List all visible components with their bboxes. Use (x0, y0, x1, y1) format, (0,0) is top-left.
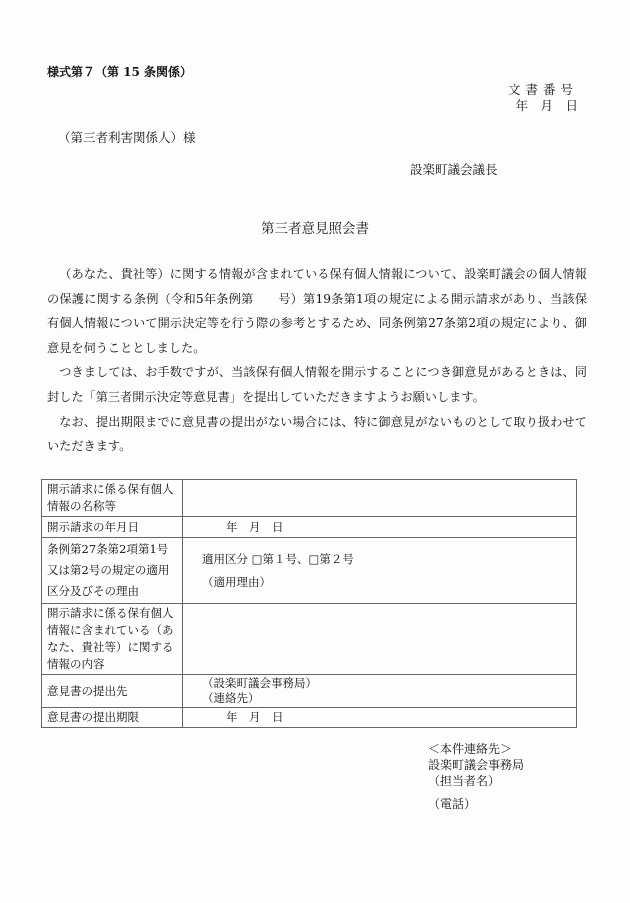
row-value (183, 604, 577, 675)
form-number: 様式第７（第 15 条関係） (47, 63, 192, 80)
paragraph: つきましては、お手数ですが、当該保有個人情報を開示することにつき御意見があるとき… (47, 360, 587, 409)
document-date-label: 年 月 日 (515, 96, 578, 114)
row-label: 意見書の提出先 (42, 675, 183, 708)
row-label: 条例第27条第2項第1号又は第2号の規定の適用区分及びその理由 (42, 538, 183, 604)
inquiry-table: 開示請求に係る保有個人情報の名称等 開示請求の年月日 年 月 日 条例第27条第… (41, 479, 577, 728)
row-value: （設楽町議会事務局） （連絡先） (183, 675, 577, 708)
sender: 設楽町議会議長 (410, 160, 498, 178)
submission-office: （設楽町議会事務局） (202, 676, 571, 691)
contact-heading: ＜本件連絡先＞ (428, 741, 524, 757)
table-row: 意見書の提出先 （設楽町議会事務局） （連絡先） (42, 675, 577, 708)
contact-block: ＜本件連絡先＞ 設楽町議会事務局 （担当者名） （電話） (428, 741, 524, 812)
table-row: 開示請求の年月日 年 月 日 (42, 517, 577, 538)
reason-label: （適用理由） (202, 572, 557, 593)
contact-phone: （電話） (428, 796, 524, 812)
submission-contact: （連絡先） (202, 691, 571, 706)
deadline-date: 年 月 日 (226, 709, 284, 726)
body-text: （あなた、貴社等）に関する情報が含まれている保有個人情報について、設楽町議会の個… (47, 262, 587, 459)
table-row: 開示請求に係る保有個人情報に含まれている（あなた、貴社等）に関する情報の内容 (42, 604, 577, 675)
recipient: （第三者利害関係人）様 (58, 128, 196, 146)
document-title: 第三者意見照会書 (0, 217, 630, 237)
row-value (183, 480, 577, 517)
row-label: 開示請求に係る保有個人情報に含まれている（あなた、貴社等）に関する情報の内容 (42, 604, 183, 675)
category-checkboxes[interactable]: 適用区分 □第１号、□第２号 (202, 549, 557, 570)
paragraph: なお、提出期限までに意見書の提出がない場合には、特に御意見がないものとして取り扱… (47, 410, 587, 459)
paragraph: （あなた、貴社等）に関する情報が含まれている保有個人情報について、設楽町議会の個… (47, 262, 587, 360)
row-value: 適用区分 □第１号、□第２号 （適用理由） (183, 538, 577, 604)
row-value: 年 月 日 (183, 517, 577, 538)
row-label: 開示請求の年月日 (42, 517, 183, 538)
request-date: 年 月 日 (226, 519, 284, 536)
table-row: 意見書の提出期限 年 月 日 (42, 708, 577, 728)
contact-office: 設楽町議会事務局 (428, 757, 524, 773)
row-label: 意見書の提出期限 (42, 708, 183, 728)
contact-person: （担当者名） (428, 773, 524, 789)
row-label: 開示請求に係る保有個人情報の名称等 (42, 480, 183, 517)
table-row: 開示請求に係る保有個人情報の名称等 (42, 480, 577, 517)
row-value: 年 月 日 (183, 708, 577, 728)
table-row: 条例第27条第2項第1号又は第2号の規定の適用区分及びその理由 適用区分 □第１… (42, 538, 577, 604)
